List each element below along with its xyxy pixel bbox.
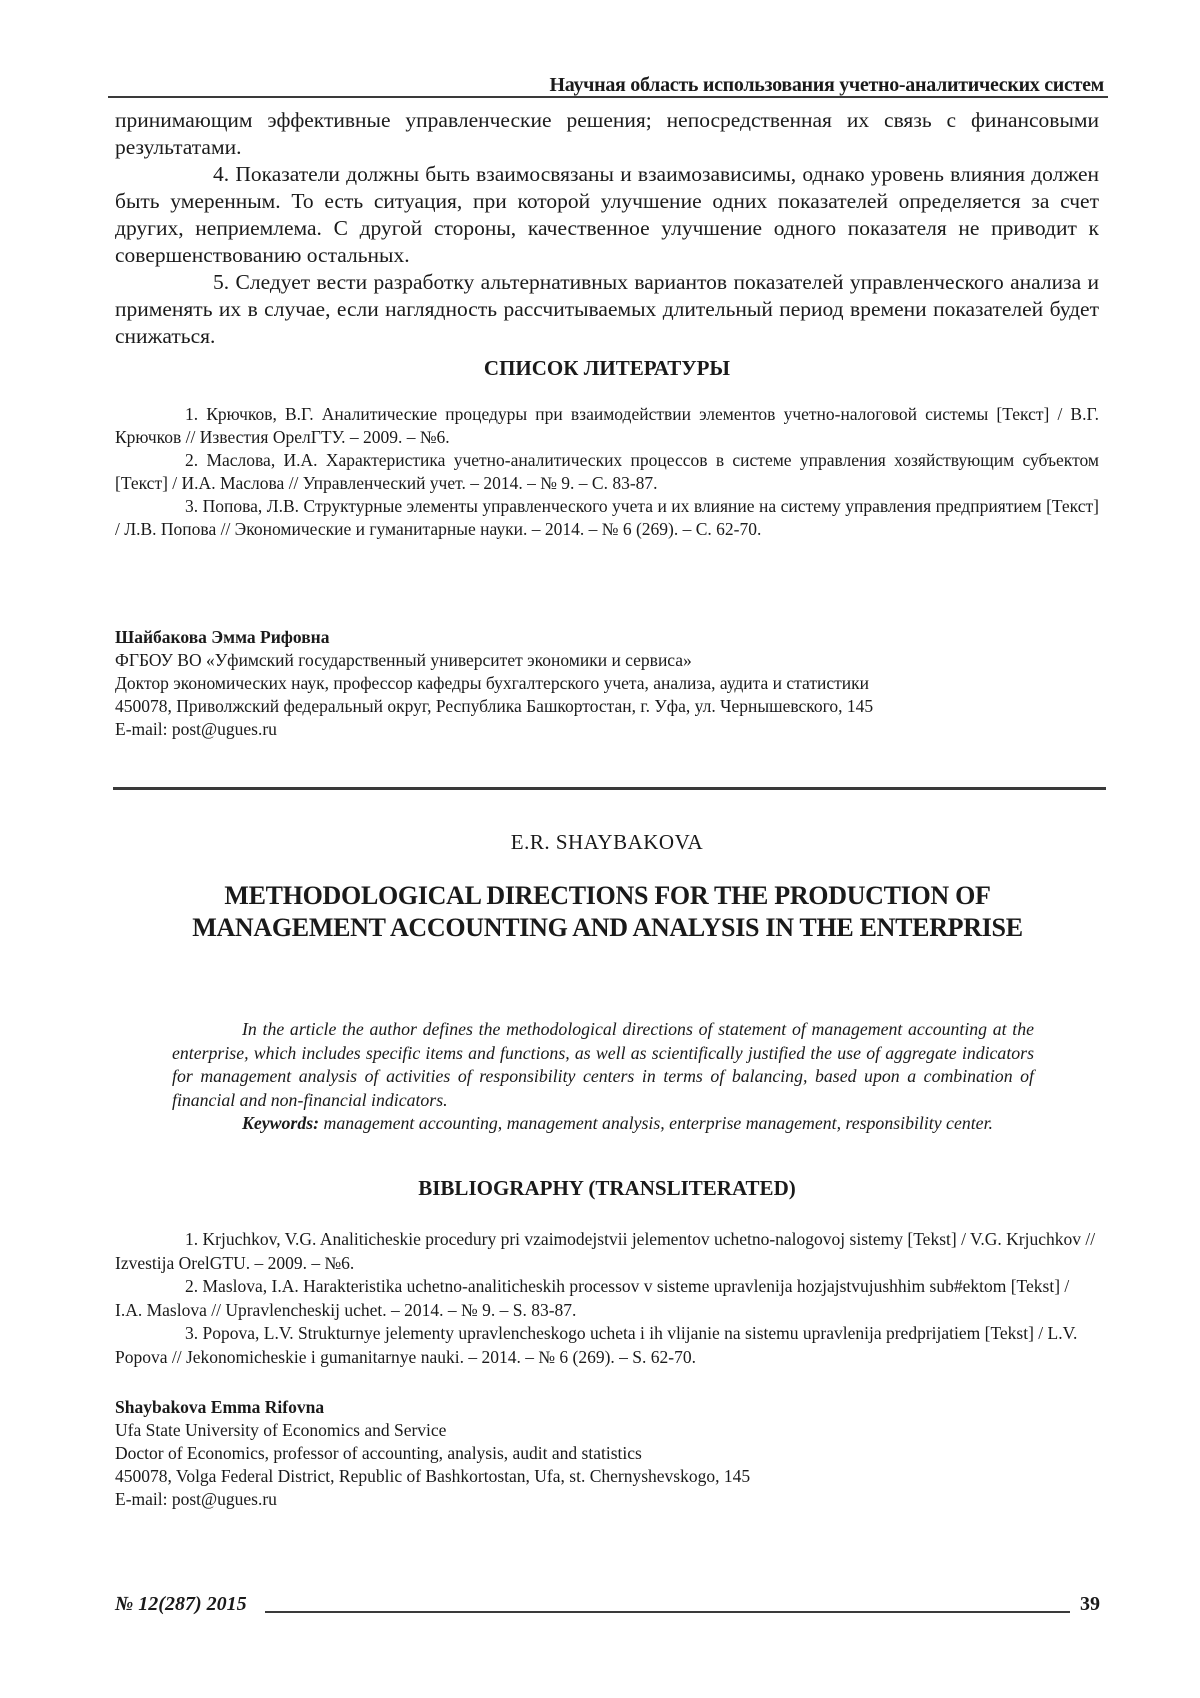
english-title: METHODOLOGICAL DIRECTIONS FOR THE PRODUC…: [150, 880, 1065, 944]
author-email: E-mail: post@ugues.ru: [115, 1488, 1099, 1511]
reference-item: 2. Маслова, И.А. Характеристика учетно-а…: [115, 449, 1099, 495]
running-header: Научная область использования учетно-ана…: [108, 74, 1108, 98]
bibliography-list: 1. Krjuchkov, V.G. Analiticheskie proced…: [115, 1228, 1099, 1369]
issue-number: № 12(287) 2015: [115, 1593, 250, 1616]
references-title: СПИСОК ЛИТЕРАТУРЫ: [115, 356, 1099, 381]
keywords-label: Keywords:: [242, 1113, 319, 1133]
footer-rule: [265, 1611, 1070, 1613]
abstract: In the article the author defines the me…: [172, 1018, 1034, 1136]
bibliography-item: 1. Krjuchkov, V.G. Analiticheskie proced…: [115, 1228, 1099, 1275]
author-name: Шайбакова Эмма Рифовна: [115, 626, 1099, 649]
header-rule: [108, 96, 1108, 98]
reference-item: 1. Крючков, В.Г. Аналитические процедуры…: [115, 403, 1099, 449]
running-header-title: Научная область использования учетно-ана…: [546, 74, 1105, 96]
author-position: Доктор экономических наук, профессор каф…: [115, 672, 1099, 695]
keywords-text: management accounting, management analys…: [319, 1113, 993, 1133]
body-text: принимающим эффективные управленческие р…: [115, 107, 1099, 350]
bibliography-title: BIBLIOGRAPHY (TRANSLITERATED): [115, 1176, 1099, 1201]
page-footer: № 12(287) 2015 39: [115, 1590, 1100, 1616]
author-address: 450078, Приволжский федеральный округ, Р…: [115, 695, 1099, 718]
page-number: 39: [1080, 1593, 1100, 1616]
author-email: E-mail: post@ugues.ru: [115, 718, 1099, 741]
body-paragraph: принимающим эффективные управленческие р…: [115, 107, 1099, 161]
author-info-ru: Шайбакова Эмма Рифовна ФГБОУ ВО «Уфимски…: [115, 626, 1099, 741]
section-separator: [113, 787, 1106, 790]
abstract-text: In the article the author defines the me…: [172, 1018, 1034, 1112]
bibliography-item: 3. Popova, L.V. Strukturnye jelementy up…: [115, 1322, 1099, 1369]
author-position: Doctor of Economics, professor of accoun…: [115, 1442, 1099, 1465]
bibliography-item: 2. Maslova, I.A. Harakteristika uchetno-…: [115, 1275, 1099, 1322]
reference-item: 3. Попова, Л.В. Структурные элементы упр…: [115, 495, 1099, 541]
body-paragraph: 4. Показатели должны быть взаимосвязаны …: [115, 161, 1099, 269]
references-list: 1. Крючков, В.Г. Аналитические процедуры…: [115, 403, 1099, 541]
keywords: Keywords: management accounting, managem…: [172, 1112, 1034, 1136]
author-name: Shaybakova Emma Rifovna: [115, 1396, 1099, 1419]
author-address: 450078, Volga Federal District, Republic…: [115, 1465, 1099, 1488]
author-affiliation: ФГБОУ ВО «Уфимский государственный униве…: [115, 649, 1099, 672]
author-affiliation: Ufa State University of Economics and Se…: [115, 1419, 1099, 1442]
author-info-en: Shaybakova Emma Rifovna Ufa State Univer…: [115, 1396, 1099, 1511]
body-paragraph: 5. Следует вести разработку альтернативн…: [115, 269, 1099, 350]
english-author: E.R. SHAYBAKOVA: [115, 830, 1099, 855]
